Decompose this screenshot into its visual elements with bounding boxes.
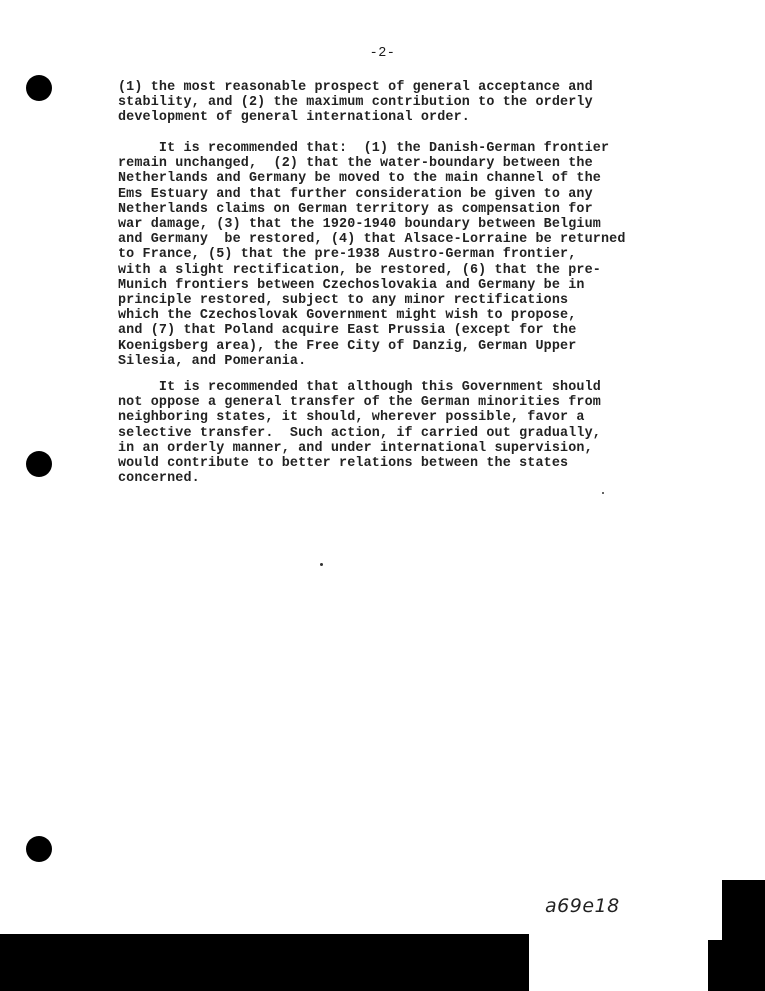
redaction-bar-right-top bbox=[722, 880, 765, 942]
punch-hole-bottom bbox=[26, 836, 52, 862]
page-number: -2- bbox=[0, 46, 765, 61]
punch-hole-top bbox=[26, 75, 52, 101]
scan-speck bbox=[602, 492, 604, 494]
punch-hole-middle bbox=[26, 451, 52, 477]
redaction-bar-left bbox=[0, 934, 529, 991]
paragraph-3: It is recommended that although this Gov… bbox=[118, 380, 718, 486]
redaction-bar-right bbox=[708, 940, 765, 991]
paragraph-2: It is recommended that: (1) the Danish-G… bbox=[118, 141, 718, 369]
scan-speck bbox=[320, 563, 323, 566]
handwritten-note: a69e18 bbox=[545, 895, 620, 917]
paragraph-1: (1) the most reasonable prospect of gene… bbox=[118, 80, 718, 126]
